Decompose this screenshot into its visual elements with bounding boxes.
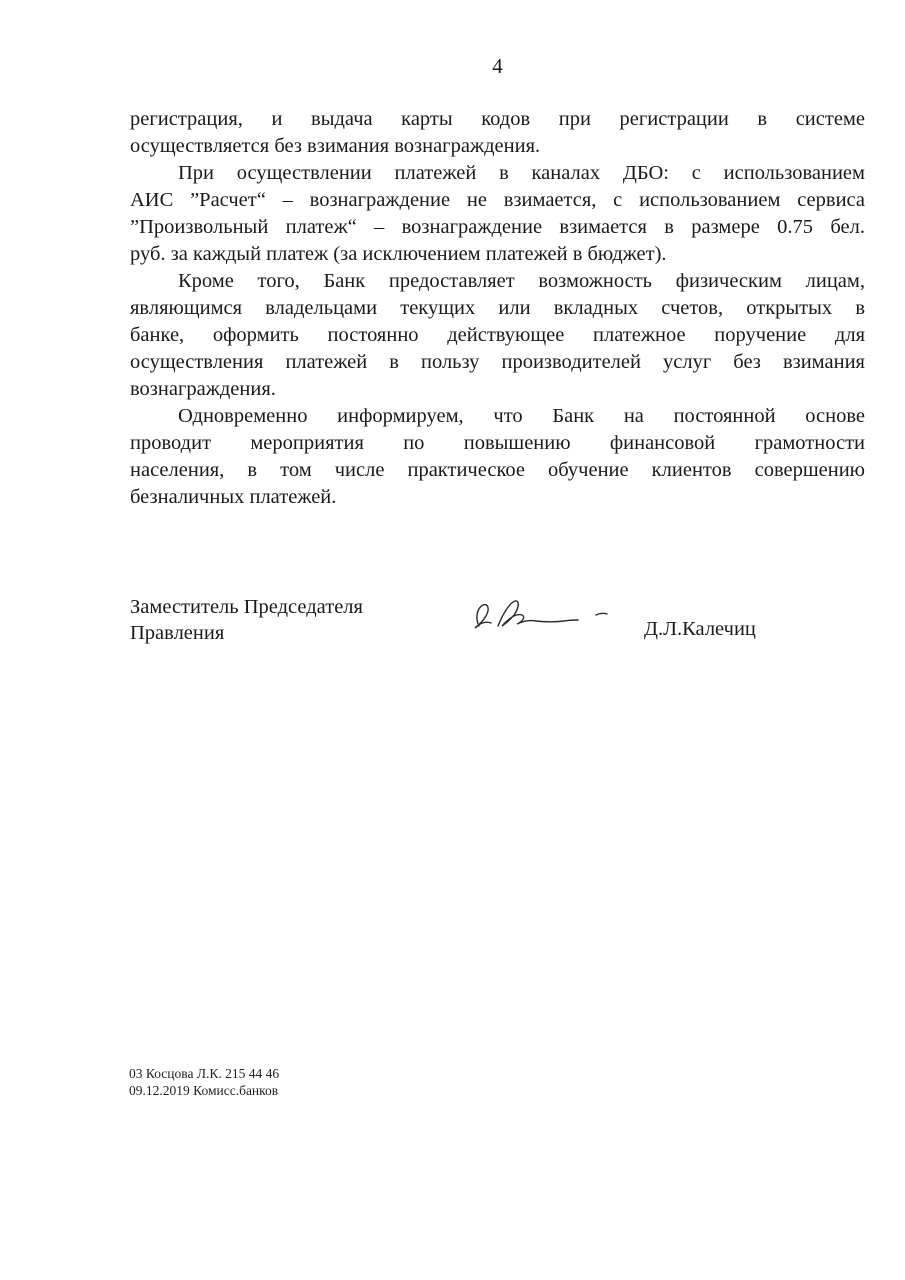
text-line: регистрация, и выдача карты кодов при ре… bbox=[130, 106, 865, 133]
signer-name: Д.Л.Калечиц bbox=[644, 616, 756, 642]
text-line: безналичных платежей. bbox=[130, 484, 865, 511]
handwritten-signature bbox=[465, 588, 615, 643]
signature-block: Заместитель Председателя Правления Д.Л.К… bbox=[130, 592, 865, 682]
footer-date-line: 09.12.2019 Комисс.банков bbox=[129, 1083, 279, 1100]
letter-body: регистрация, и выдача карты кодов при ре… bbox=[130, 106, 865, 511]
paragraph: Одновременно информируем, что Банк на по… bbox=[130, 403, 865, 511]
text-line: Одновременно информируем, что Банк на по… bbox=[130, 403, 865, 430]
signer-position-title: Заместитель Председателя Правления bbox=[130, 594, 420, 646]
paragraph: Кроме того, Банк предоставляет возможнос… bbox=[130, 268, 865, 403]
text-line: вознаграждения. bbox=[130, 376, 865, 403]
document-page: 4 регистрация, и выдача карты кодов при … bbox=[0, 0, 905, 1280]
text-line: АИС ”Расчет“ – вознаграждение не взимает… bbox=[130, 187, 865, 214]
page-number: 4 bbox=[130, 54, 865, 79]
text-line: осуществляется без взимания вознагражден… bbox=[130, 133, 865, 160]
paragraph: регистрация, и выдача карты кодов при ре… bbox=[130, 106, 865, 160]
footer-reference: 03 Косцова Л.К. 215 44 46 09.12.2019 Ком… bbox=[129, 1066, 279, 1099]
text-line: являющимся владельцами текущих или вклад… bbox=[130, 295, 865, 322]
text-line: осуществления платежей в пользу производ… bbox=[130, 349, 865, 376]
text-line: населения, в том числе практическое обуч… bbox=[130, 457, 865, 484]
text-line: руб. за каждый платеж (за исключением пл… bbox=[130, 241, 865, 268]
text-line: Кроме того, Банк предоставляет возможнос… bbox=[130, 268, 865, 295]
paragraph: При осуществлении платежей в каналах ДБО… bbox=[130, 160, 865, 268]
footer-executor-line: 03 Косцова Л.К. 215 44 46 bbox=[129, 1066, 279, 1083]
text-line: банке, оформить постоянно действующее пл… bbox=[130, 322, 865, 349]
text-line: ”Произвольный платеж“ – вознаграждение в… bbox=[130, 214, 865, 241]
text-line: проводит мероприятия по повышению финанс… bbox=[130, 430, 865, 457]
text-line: При осуществлении платежей в каналах ДБО… bbox=[130, 160, 865, 187]
